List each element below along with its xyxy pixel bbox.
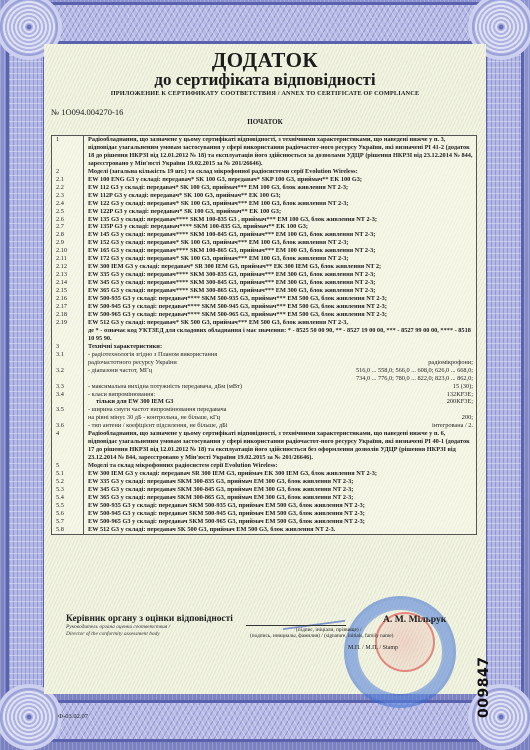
table-row: 2.10EW 165 G3 у складі: передавач**** SK…: [52, 247, 476, 255]
spec-value: 132KF3E;: [447, 391, 473, 399]
row-text: EW 500-935 G3 у складі: передавач SKM 50…: [84, 502, 476, 510]
row-number: 2.3: [52, 192, 84, 200]
row-text: Моделі та склад мікрофонних радіосистем …: [84, 462, 476, 470]
row-text: EW 165 G3 у складі: передавач**** SKM 10…: [84, 247, 476, 255]
row-number: 1: [52, 136, 84, 168]
spec-value: 200;: [462, 414, 473, 422]
table-row: 5.8EW 512 G3 у складі: передавач SK 500 …: [52, 526, 476, 534]
row-text: Моделі (загальна кількість 19 шт.) та ск…: [84, 168, 476, 176]
row-number: [52, 327, 84, 343]
row-text: Радіообладнання, що зазначене у цьому се…: [84, 136, 476, 168]
row-number: 5: [52, 462, 84, 470]
table-row: 3Технічні характеристики:: [52, 343, 476, 351]
row-text: EW 365 G3 у складі: передавач**** SKM 30…: [84, 287, 476, 295]
certificate-content: ДОДАТОК до сертифіката відповідності ПРИ…: [51, 44, 479, 535]
row-text: EW 300 IEM G3 у складі: передавач* SR 30…: [84, 263, 476, 271]
table-row: 2.19EW 512 G3 у складі: передавач* SK 50…: [52, 319, 476, 327]
row-text: EW 112 G3 у складі: передавач* SK 100 G3…: [84, 184, 476, 192]
rosette-icon: [0, 688, 58, 746]
row-text: EW 122P G3 у складі: передавач* SK 100 G…: [84, 208, 476, 216]
table-row: 2.18EW 500-965 G3 у складі: передавач***…: [52, 311, 476, 319]
row-text: EW 365 G3 у складі: передавач SKM 300-86…: [84, 494, 476, 502]
row-text: Технічні характеристики:: [84, 343, 476, 351]
document-subtitle: до сертифіката відповідності: [51, 71, 479, 89]
row-text: EW 112P G3 у складі: передавач* SK 100 G…: [84, 192, 476, 200]
row-number: 3.6: [52, 422, 84, 430]
spec-label: на рівні мінус 30 дБ - контрольна, не бі…: [88, 414, 220, 422]
spec-label: - тип антени / коефіцієнт підсилення, не…: [88, 422, 228, 430]
row-number: 4: [52, 430, 84, 462]
row-number: 3.1: [52, 351, 84, 367]
signatory-name: А. М. Мільрук: [383, 614, 446, 625]
row-text: EW 100 ENG G3 у складі: передавач* SK 10…: [84, 176, 476, 184]
row-number: 2.18: [52, 311, 84, 319]
spec-value: 200KF3E;: [447, 398, 473, 406]
table-row: 5.5EW 500-935 G3 у складі: передавач SKM…: [52, 502, 476, 510]
row-number: 5.2: [52, 478, 84, 486]
spec-value: 516,0 ... 558,0; 566,0 ... 608,0; 626,0 …: [356, 367, 473, 375]
table-row: 2.1EW 100 ENG G3 у складі: передавач* SK…: [52, 176, 476, 184]
row-text: EW 335 G3 у складі: передавач**** SKM 30…: [84, 271, 476, 279]
section-label: ПОЧАТОК: [51, 118, 479, 126]
row-text: - діапазони частот, МГц516,0 ... 558,0; …: [84, 367, 476, 383]
form-code: Ф-03.02.07: [58, 713, 88, 720]
row-text: EW 135 G3 у складі: передавач**** SKM 10…: [84, 216, 476, 224]
table-row: 3.4 - класи випромінювання:132KF3E; тіль…: [52, 391, 476, 407]
spec-label: тільки для EW 300 IEM G3: [88, 398, 173, 406]
row-text: EW 145 G3 у складі: передавач**** SKM 10…: [84, 231, 476, 239]
table-row: 2.7EW 135P G3 у складі: передавач**** SK…: [52, 223, 476, 231]
signature-caption-translations: (подпись, инициалы, фамилия) / (signatur…: [250, 633, 393, 639]
row-text: EW 500-945 G3 у складі: передавач**** SK…: [84, 303, 476, 311]
document-subtitle-translations: ПРИЛОЖЕНИЕ К СЕРТИФИКАТУ СООТВЕТСТВИЯ / …: [51, 90, 479, 97]
table-row: 5.2EW 335 G3 у складі: передавач SKM 300…: [52, 478, 476, 486]
spec-label: - ширина смуги частот випромінювання пер…: [88, 406, 473, 414]
row-text: EW 122 G3 у складі: передавач* SK 100 G3…: [84, 200, 476, 208]
row-number: 2.5: [52, 208, 84, 216]
row-text: - ширина смуги частот випромінювання пер…: [84, 406, 476, 422]
row-number: 2.17: [52, 303, 84, 311]
table-row: 2Моделі (загальна кількість 19 шт.) та с…: [52, 168, 476, 176]
spec-value: інтегрована / 2.: [432, 422, 473, 430]
annex-table: 1Радіообладнання, що зазначене у цьому с…: [51, 135, 477, 535]
table-row: 1Радіообладнання, що зазначене у цьому с…: [52, 136, 476, 168]
table-row: 2.11EW 172 G3 у складі: передавач* SK 10…: [52, 255, 476, 263]
table-row: 5Моделі та склад мікрофонних радіосистем…: [52, 462, 476, 470]
table-row: 5.1EW 300 IEM G3 у складі: передавач SR …: [52, 470, 476, 478]
row-text: EW 512 G3 у складі: передавач SK 500 G3,…: [84, 526, 476, 534]
row-number: 2.4: [52, 200, 84, 208]
table-row: 3.6 - тип антени / коефіцієнт підсилення…: [52, 422, 476, 430]
table-row: 2.2EW 112 G3 у складі: передавач* SK 100…: [52, 184, 476, 192]
spec-label: - максимальна вихідна потужність передав…: [88, 383, 242, 391]
row-text: EW 500-965 G3 у складі: передавач**** SK…: [84, 311, 476, 319]
row-number: 3.2: [52, 367, 84, 383]
spec-label: - радіотехнологія згідно з Планом викори…: [88, 351, 473, 359]
spec-value: 15 (30);: [453, 383, 473, 391]
row-number: 2: [52, 168, 84, 176]
table-row: 3.2 - діапазони частот, МГц516,0 ... 558…: [52, 367, 476, 383]
row-number: 5.7: [52, 518, 84, 526]
row-number: 2.9: [52, 239, 84, 247]
table-row: 2.8EW 145 G3 у складі: передавач**** SKM…: [52, 231, 476, 239]
row-text: EW 135P G3 у складі: передавач**** SKM 1…: [84, 223, 476, 231]
row-text: Радіообладнання, що зазначене у цьому се…: [84, 430, 476, 462]
row-number: 2.8: [52, 231, 84, 239]
row-number: 2.13: [52, 271, 84, 279]
row-text: EW 345 G3 у складі: передавач**** SKM 30…: [84, 279, 476, 287]
table-row: 5.7EW 500-965 G3 у складі: передавач SKM…: [52, 518, 476, 526]
table-row: 2.14EW 345 G3 у складі: передавач**** SK…: [52, 279, 476, 287]
table-row: 2.6EW 135 G3 у складі: передавач**** SKM…: [52, 216, 476, 224]
row-text: - тип антени / коефіцієнт підсилення, не…: [84, 422, 476, 430]
table-row: 5.6EW 500-945 G3 у складі: передавач SKM…: [52, 510, 476, 518]
spec-label: - класи випромінювання:: [88, 391, 155, 399]
table-row: де * - означає код УКТЗЕД для складових …: [52, 327, 476, 343]
table-row: 3.3 - максимальна вихідна потужність пер…: [52, 383, 476, 391]
spec-value: 734,0 ... 776,0; 780,0 ... 822,0; 823,0 …: [88, 375, 473, 383]
row-number: 2.19: [52, 319, 84, 327]
row-number: 5.5: [52, 502, 84, 510]
spec-label: - діапазони частот, МГц: [88, 367, 152, 375]
document-title: ДОДАТОК: [51, 49, 479, 71]
row-text: EW 500-965 G3 у складі: передавач SKM 50…: [84, 518, 476, 526]
row-text: EW 172 G3 у складі: передавач* SK 100 G3…: [84, 255, 476, 263]
row-number: 5.6: [52, 510, 84, 518]
table-row: 5.4EW 365 G3 у складі: передавач SKM 300…: [52, 494, 476, 502]
table-row: 2.17EW 500-945 G3 у складі: передавач***…: [52, 303, 476, 311]
row-number: 2.11: [52, 255, 84, 263]
row-number: 3.4: [52, 391, 84, 407]
row-number: 3: [52, 343, 84, 351]
row-text: - класи випромінювання:132KF3E; тільки д…: [84, 391, 476, 407]
row-text: EW 335 G3 у складі: передавач SKM 300-83…: [84, 478, 476, 486]
row-number: 5.8: [52, 526, 84, 534]
row-text: - максимальна вихідна потужність передав…: [84, 383, 476, 391]
row-number: 2.1: [52, 176, 84, 184]
row-number: 5.1: [52, 470, 84, 478]
table-row: 2.3EW 112P G3 у складі: передавач* SK 10…: [52, 192, 476, 200]
table-row: 5.3EW 345 G3 у складі: передавач SKM 300…: [52, 486, 476, 494]
table-row: 2.9EW 152 G3 у складі: передавач* SK 100…: [52, 239, 476, 247]
row-text: де * - означає код УКТЗЕД для складових …: [84, 327, 476, 343]
table-row: 2.15EW 365 G3 у складі: передавач**** SK…: [52, 287, 476, 295]
row-number: 2.6: [52, 216, 84, 224]
stamp-label: М.П. / М.П. / Stamp: [348, 645, 398, 651]
row-number: 3.5: [52, 406, 84, 422]
table-row: 2.13EW 335 G3 у складі: передавач**** SK…: [52, 271, 476, 279]
row-number: 2.10: [52, 247, 84, 255]
guilloche-border-left: [6, 44, 46, 698]
row-number: 2.14: [52, 279, 84, 287]
serial-number: 009847: [476, 657, 492, 718]
table-row: 3.5 - ширина смуги частот випромінювання…: [52, 406, 476, 422]
table-row: 4Радіообладнання, що зазначене у цьому с…: [52, 430, 476, 462]
table-row: 3.1 - радіотехнологія згідно з Планом ви…: [52, 351, 476, 367]
row-text: EW 152 G3 у складі: передавач* SK 100 G3…: [84, 239, 476, 247]
row-number: 2.15: [52, 287, 84, 295]
row-number: 2.16: [52, 295, 84, 303]
row-text: EW 300 IEM G3 у складі: передавач SR 300…: [84, 470, 476, 478]
row-text: EW 345 G3 у складі: передавач SKM 300-84…: [84, 486, 476, 494]
row-number: 2.2: [52, 184, 84, 192]
row-number: 2.7: [52, 223, 84, 231]
spec-label: радіочастотного ресурсу України: [88, 359, 177, 367]
row-text: EW 500-945 G3 у складі: передавач SKM 50…: [84, 510, 476, 518]
guilloche-border-bottom: [44, 700, 486, 742]
certificate-number: № 1О094.004270-16: [51, 107, 479, 117]
row-text: EW 512 G3 у складі: передавач* SK 500 G3…: [84, 319, 476, 327]
row-text: - радіотехнологія згідно з Планом викори…: [84, 351, 476, 367]
row-number: 2.12: [52, 263, 84, 271]
guilloche-border-right: [484, 44, 524, 698]
row-number: 5.4: [52, 494, 84, 502]
signature-line: [246, 625, 346, 626]
table-row: 2.16EW 500-935 G3 у складі: передавач***…: [52, 295, 476, 303]
row-number: 3.3: [52, 383, 84, 391]
table-row: 2.5EW 122P G3 у складі: передавач* SK 10…: [52, 208, 476, 216]
spec-value: радіомікрофони;: [428, 359, 473, 367]
row-text: EW 500-935 G3 у складі: передавач**** SK…: [84, 295, 476, 303]
table-row: 2.12EW 300 IEM G3 у складі: передавач* S…: [52, 263, 476, 271]
guilloche-border-top: [44, 2, 486, 44]
row-number: 5.3: [52, 486, 84, 494]
table-row: 2.4EW 122 G3 у складі: передавач* SK 100…: [52, 200, 476, 208]
